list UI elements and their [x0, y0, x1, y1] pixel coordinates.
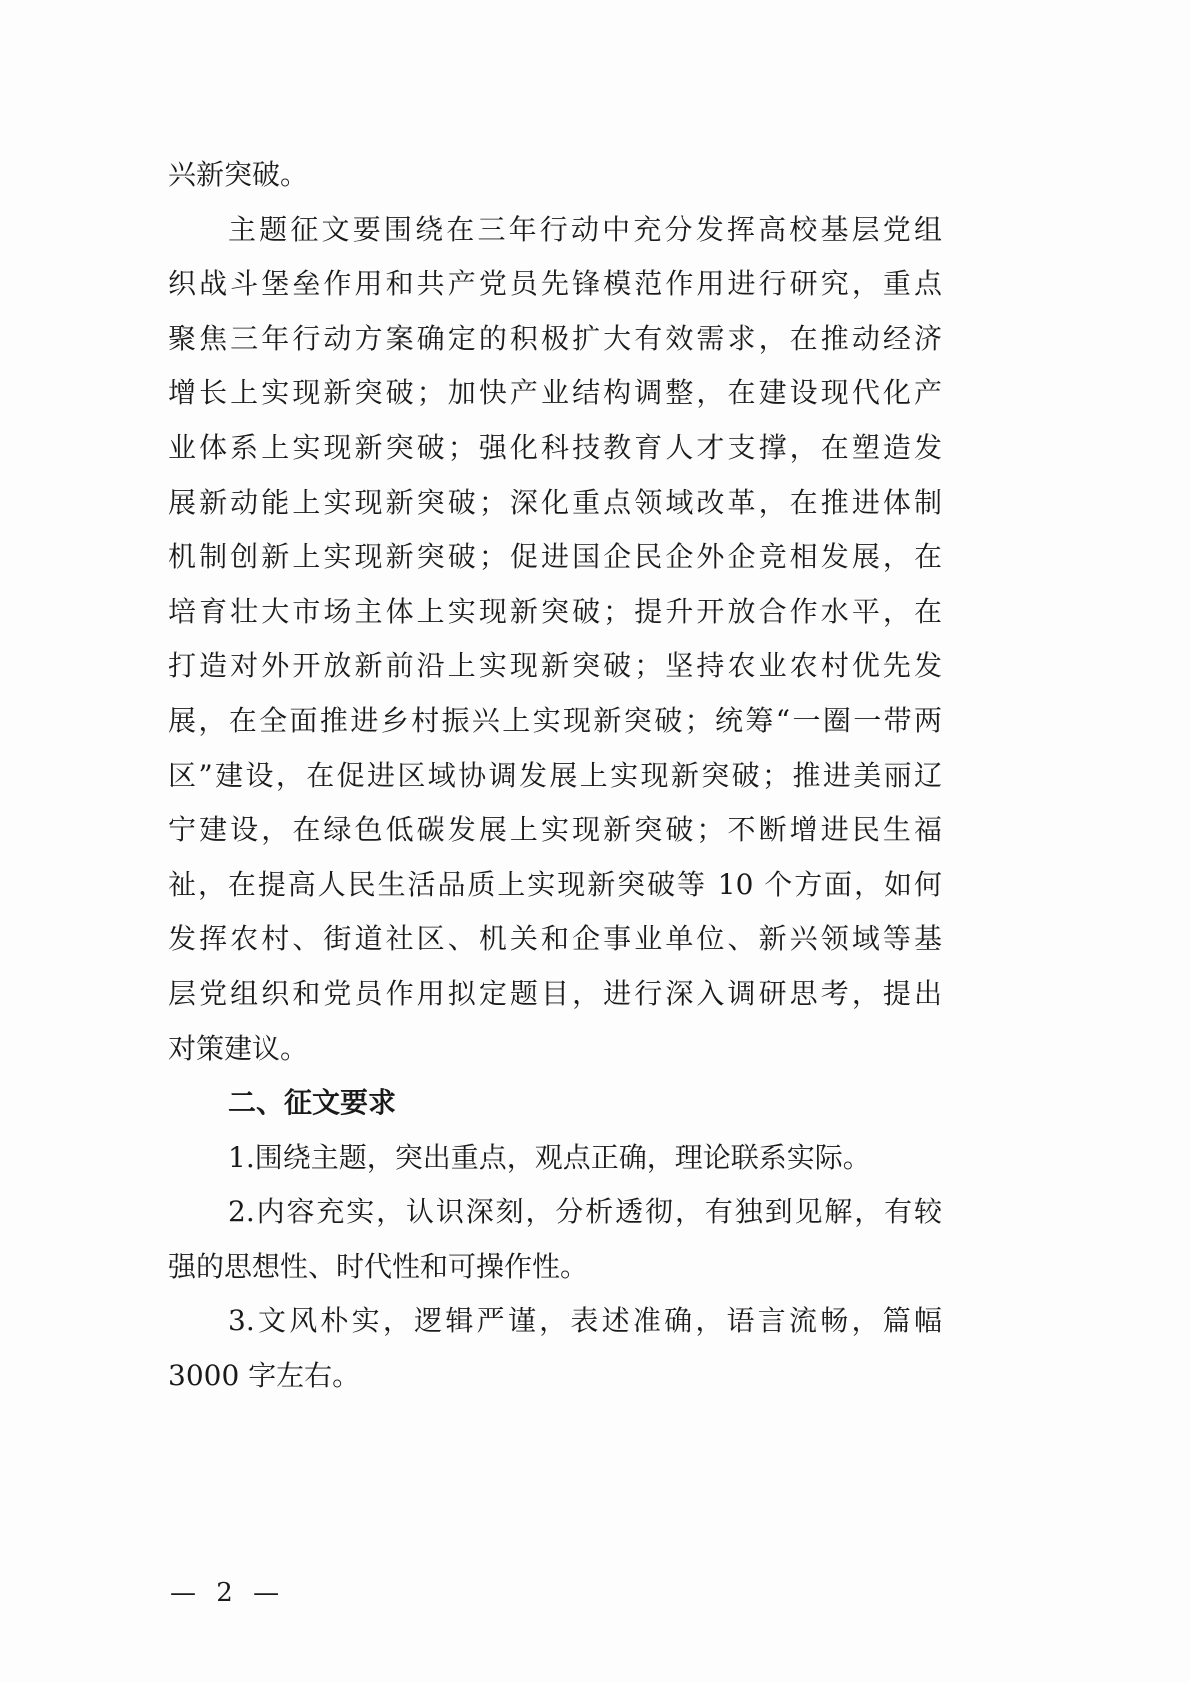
paragraph-line: 发挥农村、街道社区、机关和企事业单位、新兴领域等基 — [168, 912, 942, 967]
paragraph-line: 增长上实现新突破；加快产业结构调整，在建设现代化产 — [168, 366, 942, 421]
paragraph-line: 机制创新上实现新突破；促进国企民企外企竞相发展，在 — [168, 530, 942, 585]
paragraph-line: 层党组织和党员作用拟定题目，进行深入调研思考，提出 — [168, 967, 942, 1022]
paragraph-line: 展，在全面推进乡村振兴上实现新突破；统筹“一圈一带两 — [168, 694, 942, 749]
paragraph-line: 对策建议。 — [168, 1022, 942, 1077]
requirement-item-3-cont: 3000 字左右。 — [168, 1349, 942, 1404]
paragraph-line: 祉，在提高人民生活品质上实现新突破等 10 个方面，如何 — [168, 858, 942, 913]
section-heading: 二、征文要求 — [168, 1076, 942, 1131]
paragraph-line: 兴新突破。 — [168, 148, 942, 203]
paragraph-line: 宁建设，在绿色低碳发展上实现新突破；不断增进民生福 — [168, 803, 942, 858]
paragraph-line: 主题征文要围绕在三年行动中充分发挥高校基层党组 — [168, 203, 942, 258]
page-number: — 2 — — [170, 1578, 285, 1608]
document-page: 兴新突破。 主题征文要围绕在三年行动中充分发挥高校基层党组 织战斗堡垒作用和共产… — [0, 0, 1190, 1683]
paragraph-line: 打造对外开放新前沿上实现新突破；坚持农业农村优先发 — [168, 639, 942, 694]
document-body: 兴新突破。 主题征文要围绕在三年行动中充分发挥高校基层党组 织战斗堡垒作用和共产… — [168, 148, 942, 1404]
paragraph-line: 业体系上实现新突破；强化科技教育人才支撑，在塑造发 — [168, 421, 942, 476]
paragraph-line: 展新动能上实现新突破；深化重点领域改革，在推进体制 — [168, 476, 942, 531]
paragraph-line: 区”建设，在促进区域协调发展上实现新突破；推进美丽辽 — [168, 749, 942, 804]
requirement-item-2: 2.内容充实，认识深刻，分析透彻，有独到见解，有较 — [168, 1185, 942, 1240]
paragraph-line: 培育壮大市场主体上实现新突破；提升开放合作水平，在 — [168, 585, 942, 640]
requirement-item-3: 3.文风朴实，逻辑严谨，表述准确，语言流畅，篇幅 — [168, 1294, 942, 1349]
requirement-item-2-cont: 强的思想性、时代性和可操作性。 — [168, 1240, 942, 1295]
requirement-item-1: 1.围绕主题，突出重点，观点正确，理论联系实际。 — [168, 1131, 942, 1186]
paragraph-line: 聚焦三年行动方案确定的积极扩大有效需求，在推动经济 — [168, 312, 942, 367]
paragraph-line: 织战斗堡垒作用和共产党员先锋模范作用进行研究，重点 — [168, 257, 942, 312]
